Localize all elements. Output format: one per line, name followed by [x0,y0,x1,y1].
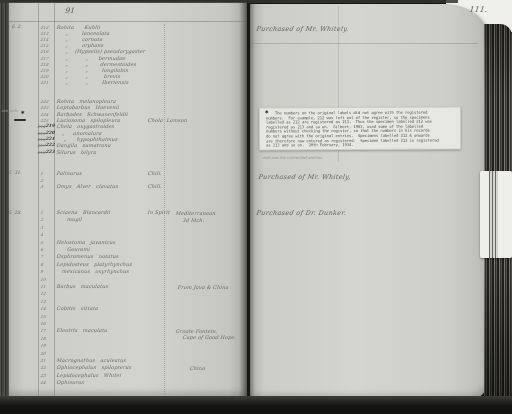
typed-note-slip: ✱ The numbers on the original labels did… [259,106,461,150]
margin-date: 5 31. [8,171,22,176]
row-number: 10 [40,277,46,282]
species-entry: Barbus maculatus [56,284,108,290]
species-entry: „ „ brevis [56,74,120,80]
row-number: 20 [40,351,46,356]
remark-entry: From Java & China [177,285,229,291]
row-number-corrected: 221 [45,137,55,142]
row-number-corrected: 223 [45,150,55,155]
margin-bold-dash [14,119,26,121]
row-number: 213 [40,31,49,36]
species-entry: Cobitis vittata [56,306,98,312]
row-number: 212 [40,25,49,30]
row-number: 16 [40,321,46,326]
row-number: 215 [40,43,49,48]
row-number-corrected: 220 [45,131,55,136]
right-page-number: 111. [469,5,488,14]
row-number-old: 214 [37,124,46,129]
species-entry: „ (Hypselis) pseudorygaster [56,49,146,55]
species-entry: Helostoma javanicus [56,240,116,246]
species-entry: Chela oxygastroides [56,124,114,130]
row-number: 3 [40,225,43,230]
species-entry: Palinurus [56,171,82,177]
row-number-old: 215 [37,131,46,136]
species-entry: Gourami [56,247,90,253]
row-number: 218 [40,62,49,67]
species-entry: „ „ bermudae [56,56,126,62]
row-number-old: 218 [37,150,46,155]
margin-date: 6. 2. [11,25,22,30]
row-number: 11 [40,284,46,289]
species-entry: Dangila sumatrana [56,143,111,149]
row-number: 225 [40,118,49,123]
row-number: 2 [40,178,43,183]
row-number: 4 [40,232,43,237]
typed-note-line: as 213 and so on. 20th February, 1934. [266,143,455,149]
pencil-note-under-slip: and see the corrected entries [262,155,322,160]
row-number: 21 [40,358,46,363]
left-page-number: 91 [65,6,76,15]
row-number: 23 [40,373,46,378]
remark-entry-line2: Cape of Good Hope. [182,335,236,341]
row-number: 17 [40,328,46,333]
locality-entry: In Spirit [147,210,170,216]
row-number: 1 [40,171,43,176]
row-number: 19 [40,343,46,348]
typed-note-text: The numbers on the original labels did n… [266,111,455,149]
row-number: 216 [40,49,49,54]
row-number: 14 [40,306,46,311]
species-entry: mugil [56,217,82,223]
row-number-corrected: 222 [45,143,55,148]
purchase-annotation: Purchased of Mr. Whitely, [258,173,351,181]
row-number: 6 [40,247,43,252]
row-number: 5 [40,240,43,245]
species-entry: Osphromenus notatus [56,254,119,260]
margin-star-mark: ✱ [20,111,24,116]
row-number: 18 [40,336,46,341]
row-number: 22 [40,365,46,370]
species-entry: „ „ longilobis [56,68,128,74]
species-entry: Ophiocephalus spilopterus [56,365,132,371]
species-entry: Leptobarbus Hoevenii [56,105,119,111]
row-number: 13 [40,299,46,304]
locality-entry: Chili. [147,171,162,177]
row-number: 2 [40,217,43,222]
row-number-corrected: 219 [45,124,55,129]
species-entry: Barbodes Schwanenfeldii [56,112,128,118]
row-number: 224 [40,112,49,117]
species-entry: Macrognathus aculeatus [56,358,126,364]
row-number: 220 [40,74,49,79]
locality-entry: Chili. [147,184,162,190]
row-number: 3 [40,184,43,189]
row-number: 9 [40,269,43,274]
locality-entry: Chola Lamson [147,118,187,124]
species-entry: Sciaena Blancardii [56,210,111,216]
row-number: 7 [40,254,43,259]
row-number: 219 [40,68,49,73]
row-number: 8 [40,262,43,267]
row-number: 15 [40,314,46,319]
row-number: 1 [40,210,43,215]
species-entry: „ anomalura [56,131,102,137]
row-number: 217 [40,56,49,61]
row-number-old: 217 [37,143,46,148]
remark-entry: 3d Mch. [182,218,205,224]
purchase-annotation: Purchased of Mr. Whitely. [256,25,349,33]
species-entry: „ „ dermestoides [56,62,136,68]
remark-entry: China [189,366,205,372]
row-number-old: 216 [37,137,46,142]
row-number: 223 [40,105,49,110]
purchase-annotation: Purchased of Dr. Dunker. [256,209,347,217]
handwriting-layer: 91 111. ✱ The numbers on the original la… [0,0,512,414]
species-entry: Omys Alver clavatus [56,184,118,190]
asterisk-mark: ✱ [265,110,269,115]
row-number: 24 [40,380,46,385]
row-number: 221 [40,80,49,85]
margin-date: 5 28. [8,211,22,216]
remark-entry: Groote Fontein, [175,329,218,335]
species-entry: Lepidocephalus Whitei [56,373,121,379]
row-number: 12 [40,291,46,296]
margin-pencil-note: see note [1,108,19,113]
row-number: 222 [40,99,49,104]
species-entry: Lepidosteus platyrhynchus [56,262,132,268]
remark-entry: Mediterranean [175,211,216,217]
species-entry: Ophisurus [56,380,84,386]
species-entry: Silurus bilyra [56,150,97,156]
species-entry: Eleotris maculata [56,328,107,334]
species-entry: „ „ Iberiensis [56,80,129,86]
scanned-register-photo: 91 111. ✱ The numbers on the original la… [0,0,512,414]
row-number: 214 [40,37,49,42]
species-entry: mexicanus oxyrhynchus [56,269,129,275]
